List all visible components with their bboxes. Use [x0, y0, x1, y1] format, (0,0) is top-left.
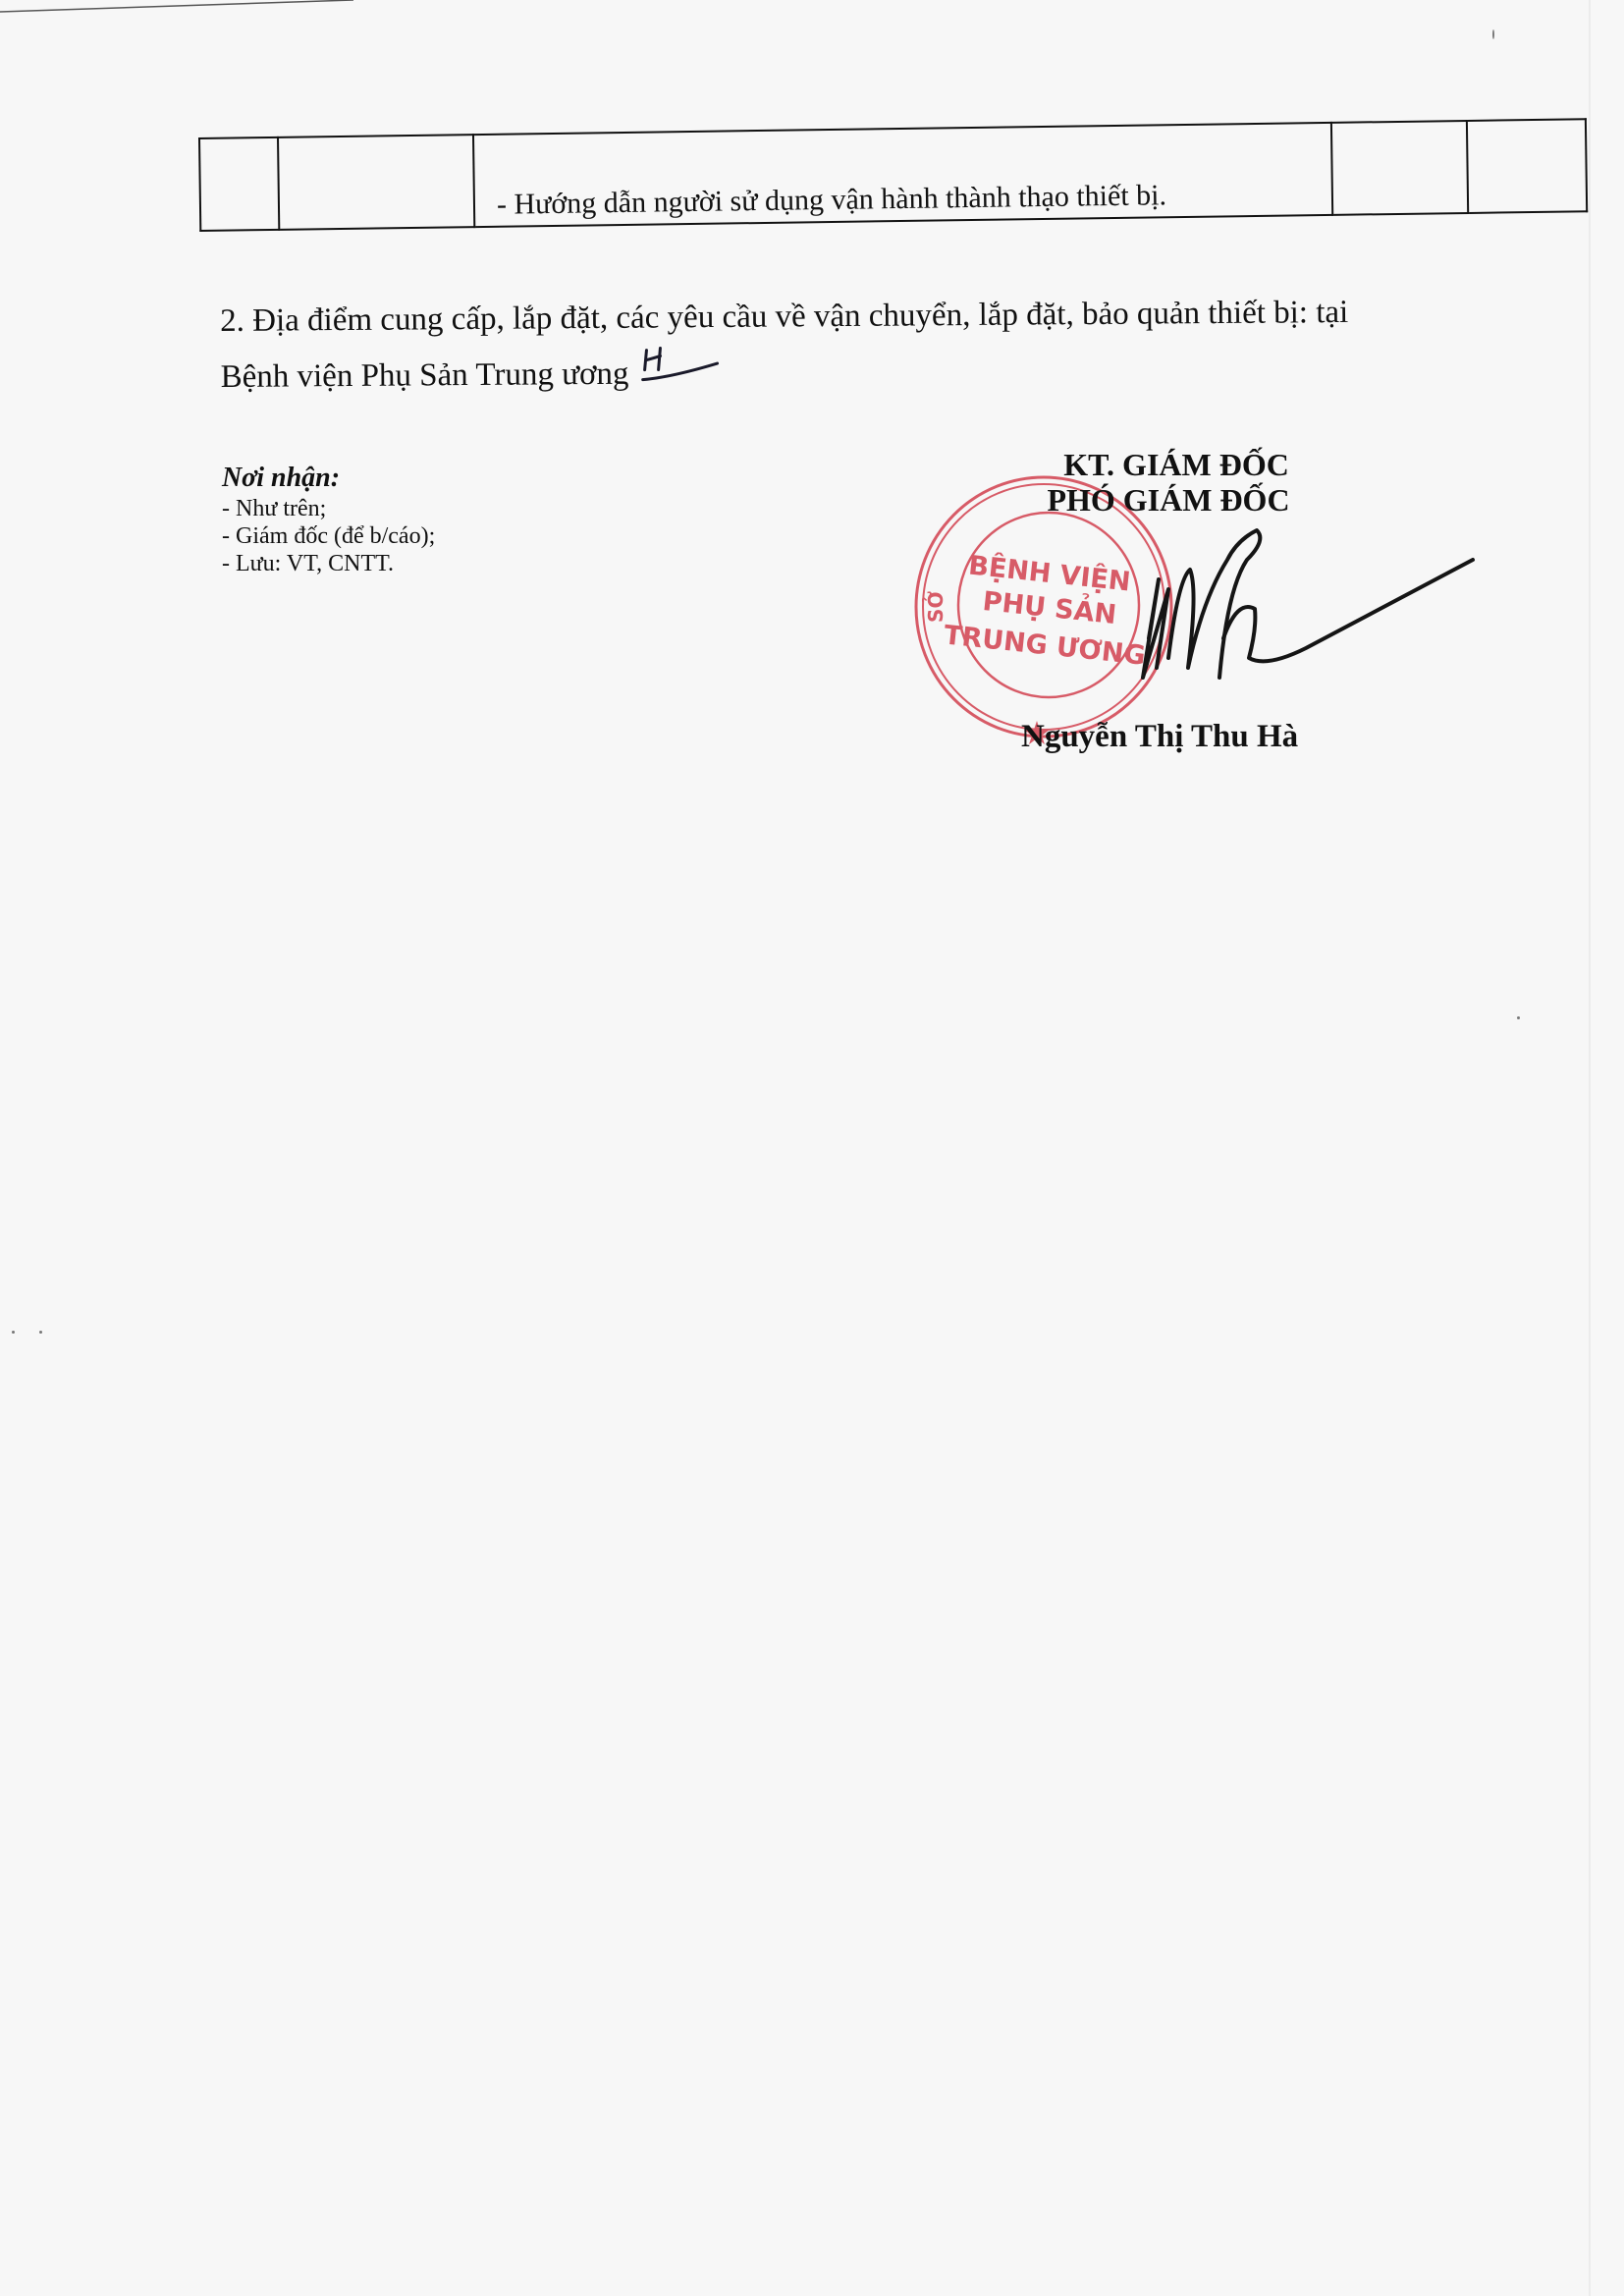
table-cell-stt: [199, 137, 279, 231]
equipment-table: - Hướng dẫn người sử dụng vận hành thành…: [198, 118, 1588, 232]
recipient-item: - Lưu: VT, CNTT.: [222, 550, 435, 577]
table-cell-col4: [1331, 121, 1468, 215]
scan-page-edge: [1589, 0, 1591, 2296]
table-cell-name: [278, 135, 474, 230]
stamp-line-2: PHỤ SẢN: [981, 582, 1118, 630]
handwritten-signature-icon: [1129, 520, 1483, 697]
section-2-line-1: 2. Địa điểm cung cấp, lắp đặt, các yêu c…: [220, 285, 1477, 348]
recipient-item: - Như trên;: [222, 495, 435, 522]
section-2-line-2-text: Bệnh viện Phụ Sản Trung ương: [221, 356, 629, 395]
scan-edge-line: [0, 0, 353, 14]
recipients-block: Nơi nhận: - Như trên; - Giám đốc (để b/c…: [222, 462, 435, 577]
handwritten-initial-icon: [640, 344, 723, 384]
scan-artifact: [1517, 1016, 1520, 1019]
stamp-ring-text: SỞ: [923, 591, 947, 623]
stamp-line-3: TRUNG ƯƠNG: [943, 620, 1147, 671]
signature-title-line-2: PHÓ GIÁM ĐỐC: [1011, 482, 1326, 518]
table-cell-requirement: - Hướng dẫn người sử dụng vận hành thành…: [473, 123, 1332, 227]
recipients-title: Nơi nhận:: [222, 462, 435, 495]
signature-title-block: KT. GIÁM ĐỐC PHÓ GIÁM ĐỐC: [1011, 447, 1326, 518]
stamp-line-1: BỆNH VIỆN: [967, 549, 1132, 597]
section-2-line-2: Bệnh viện Phụ Sản Trung ương: [220, 338, 1477, 404]
table-cell-col5: [1467, 119, 1587, 213]
signature-title-line-1: KT. GIÁM ĐỐC: [1011, 447, 1326, 482]
recipient-item: - Giám đốc (để b/cáo);: [222, 522, 435, 550]
table-row: - Hướng dẫn người sử dụng vận hành thành…: [199, 119, 1587, 231]
scan-artifact: [12, 1331, 15, 1334]
section-2-paragraph: 2. Địa điểm cung cấp, lắp đặt, các yêu c…: [220, 285, 1478, 404]
signer-name: Nguyễn Thị Thu Hà: [1021, 717, 1298, 756]
scan-artifact: [1492, 29, 1494, 39]
scan-artifact: [39, 1331, 42, 1334]
